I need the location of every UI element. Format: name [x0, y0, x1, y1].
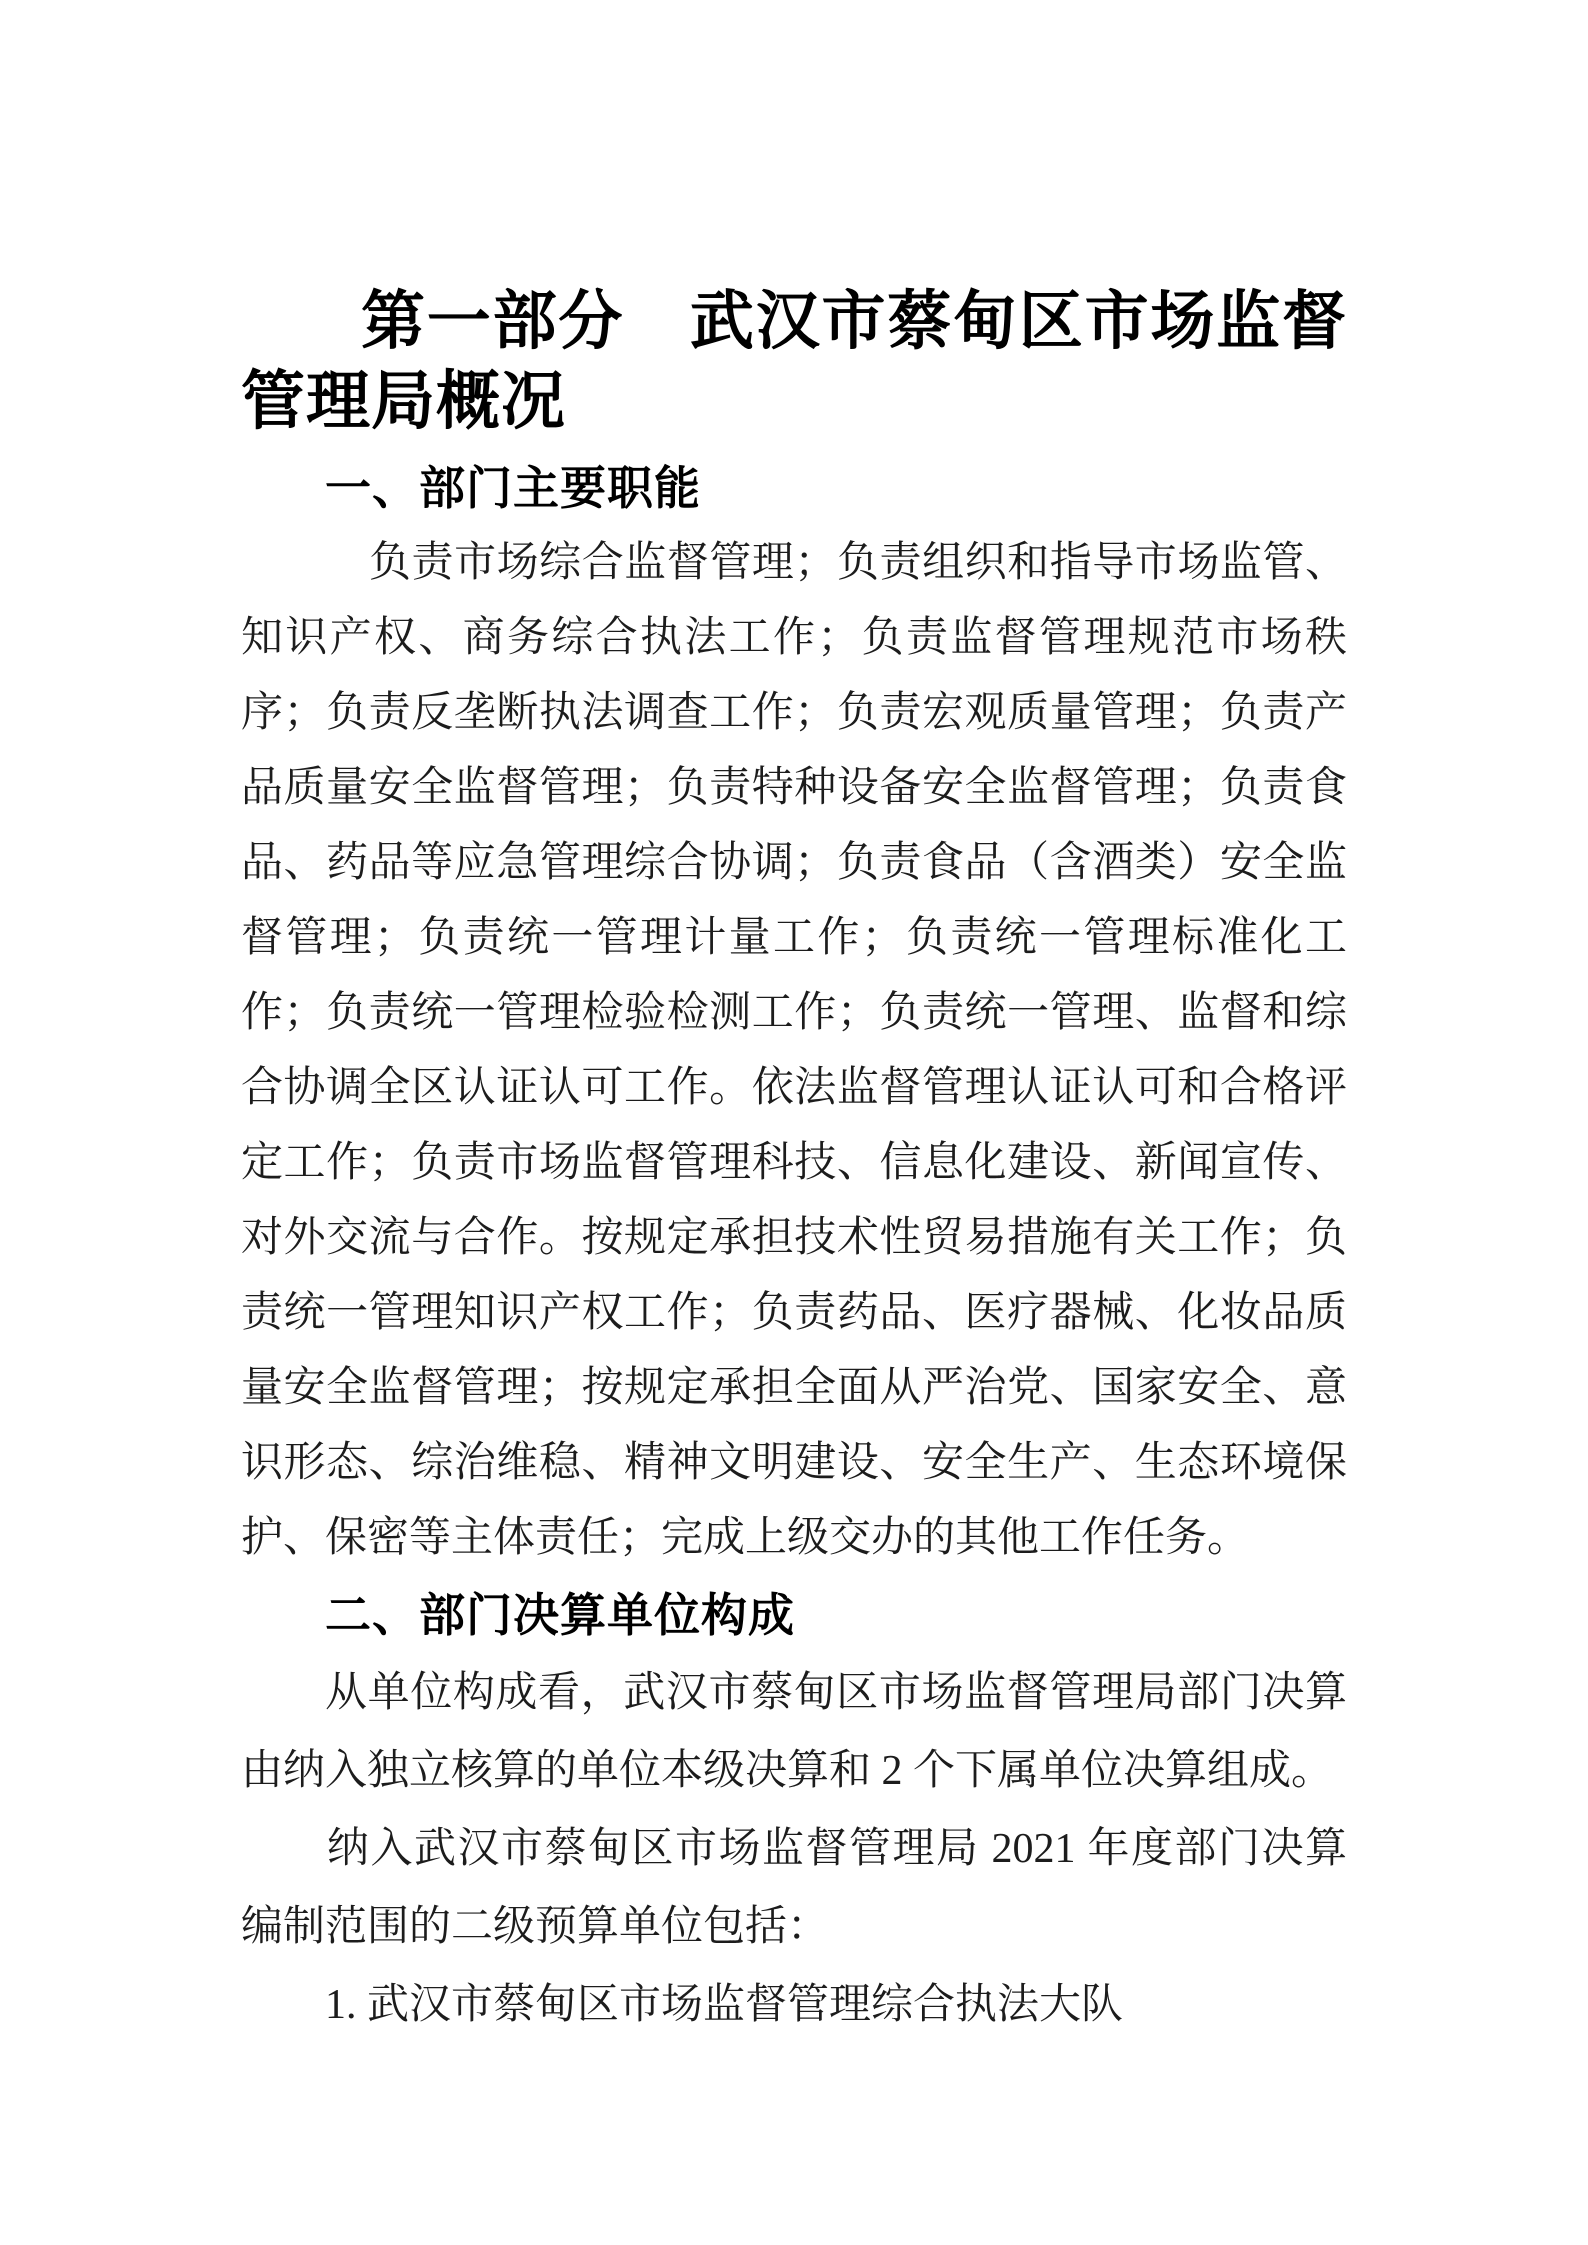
text-line: 品、药品等应急管理综合协调；负责食品（含酒类）安全监 [241, 826, 1347, 901]
text-line: 督管理；负责统一管理计量工作；负责统一管理标准化工 [241, 901, 1347, 976]
section-2-paragraph-2: 纳入武汉市蔡甸区市场监督管理局 2021 年度部门决算编制范围的二级预算单位包括… [241, 1810, 1347, 1966]
document-page: 第一部分 武汉市蔡甸区市场监督 管理局概况 一、部门主要职能 负责市场综合监督管… [0, 0, 1588, 2245]
section-2-paragraph-1: 从单位构成看，武汉市蔡甸区市场监督管理局部门决算由纳入独立核算的单位本级决算和 … [241, 1654, 1347, 1810]
document-title-line-1: 第一部分 武汉市蔡甸区市场监督 [241, 281, 1347, 361]
text-line: 识形态、综治维稳、精神文明建设、安全生产、生态环境保 [241, 1426, 1347, 1501]
text-line: 责统一管理知识产权工作；负责药品、医疗器械、化妆品质 [241, 1276, 1347, 1351]
section-1-paragraph-1: 负责市场综合监督管理；负责组织和指导市场监管、知识产权、商务综合执法工作；负责监… [241, 526, 1347, 1576]
text-line: 1. 武汉市蔡甸区市场监督管理综合执法大队 [241, 1966, 1347, 2044]
text-line: 作；负责统一管理检验检测工作；负责统一管理、监督和综 [241, 976, 1347, 1051]
text-line: 从单位构成看，武汉市蔡甸区市场监督管理局部门决算 [241, 1654, 1347, 1732]
text-line: 护、保密等主体责任；完成上级交办的其他工作任务。 [241, 1501, 1347, 1576]
section-budget-units: 二、部门决算单位构成 从单位构成看，武汉市蔡甸区市场监督管理局部门决算由纳入独立… [241, 1576, 1347, 2044]
text-line: 知识产权、商务综合执法工作；负责监督管理规范市场秩 [241, 601, 1347, 676]
section-1-heading: 一、部门主要职能 [241, 451, 1347, 526]
document-title-line-2: 管理局概况 [241, 361, 1347, 441]
text-line: 合协调全区认证认可工作。依法监督管理认证认可和合格评 [241, 1051, 1347, 1126]
section-2-paragraph-3: 1. 武汉市蔡甸区市场监督管理综合执法大队 [241, 1966, 1347, 2044]
text-line: 对外交流与合作。按规定承担技术性贸易措施有关工作；负 [241, 1201, 1347, 1276]
text-line: 定工作；负责市场监督管理科技、信息化建设、新闻宣传、 [241, 1126, 1347, 1201]
text-line: 品质量安全监督管理；负责特种设备安全监督管理；负责食 [241, 751, 1347, 826]
document-title: 第一部分 武汉市蔡甸区市场监督 管理局概况 [241, 281, 1347, 441]
section-main-functions: 一、部门主要职能 负责市场综合监督管理；负责组织和指导市场监管、知识产权、商务综… [241, 451, 1347, 1576]
text-line: 量安全监督管理；按规定承担全面从严治党、国家安全、意 [241, 1351, 1347, 1426]
text-line: 负责市场综合监督管理；负责组织和指导市场监管、 [241, 526, 1347, 601]
section-2-heading: 二、部门决算单位构成 [241, 1576, 1347, 1654]
text-line: 纳入武汉市蔡甸区市场监督管理局 2021 年度部门决算 [241, 1810, 1347, 1888]
text-line: 序；负责反垄断执法调查工作；负责宏观质量管理；负责产 [241, 676, 1347, 751]
text-line: 编制范围的二级预算单位包括： [241, 1888, 1347, 1966]
text-line: 由纳入独立核算的单位本级决算和 2 个下属单位决算组成。 [241, 1732, 1347, 1810]
document-content: 第一部分 武汉市蔡甸区市场监督 管理局概况 一、部门主要职能 负责市场综合监督管… [241, 281, 1347, 2044]
